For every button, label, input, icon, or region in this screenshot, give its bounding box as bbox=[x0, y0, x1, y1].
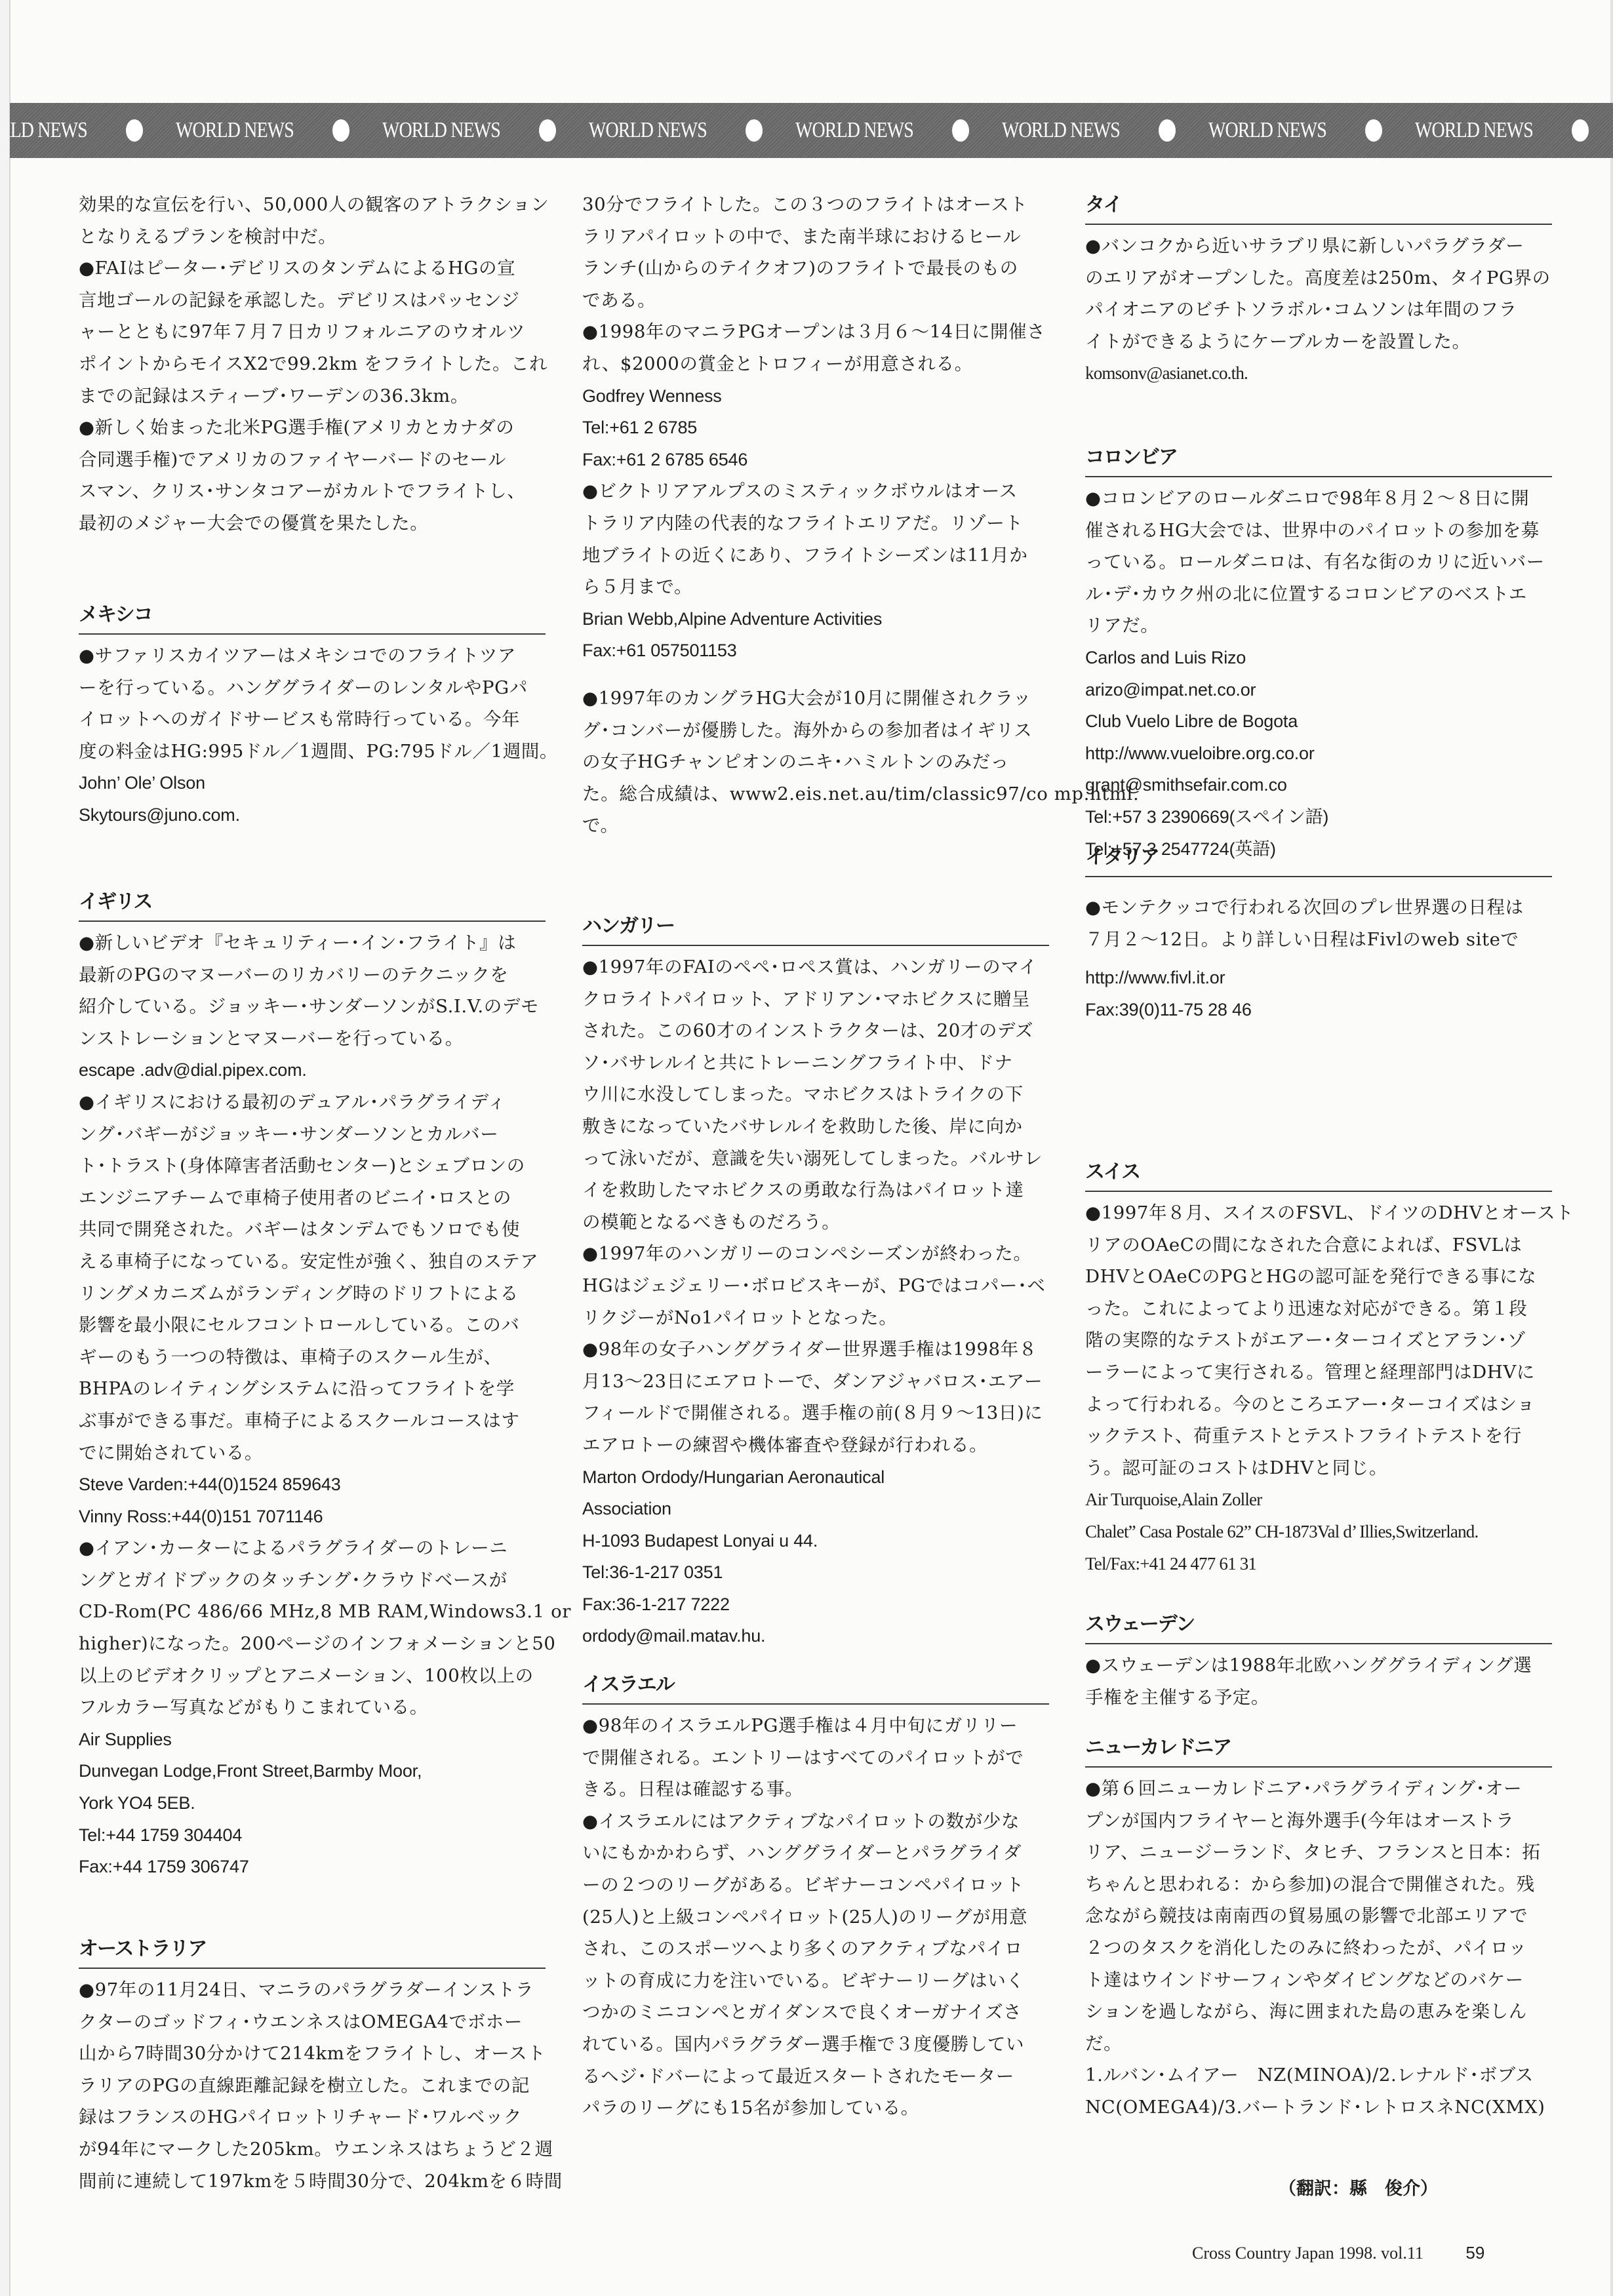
text-line: 効果的な宣伝を行い、50,000人の観客のアトラクション bbox=[79, 189, 546, 221]
text-line: グ･コンバーが優勝した。海外からの参加者はイギリス bbox=[582, 715, 1049, 747]
contact-line: Godfrey Wenness bbox=[582, 380, 1049, 412]
text-line: れ、$2000の賞金とトロフィーが用意される。 bbox=[582, 348, 1049, 380]
text-line: 影響を最小限にセルフコントロールしている。このバ bbox=[79, 1309, 546, 1341]
text-line: higher)になった。200ページのインフォメーションと50 bbox=[79, 1628, 546, 1660]
text-line: リアのOAeCの間になされた合意によれば、FSVLは bbox=[1085, 1229, 1552, 1261]
text-line: フルカラー写真などがもりこまれている。 bbox=[79, 1692, 546, 1724]
text-line: ラリアのPGの直線距離記録を樹立した。これまでの記 bbox=[79, 2070, 546, 2102]
contact-block: Carlos and Luis Rizoarizo@impat.net.co.o… bbox=[1085, 642, 1552, 865]
text-line: 最新のPGのマヌーバーのリカバリーのテクニックを bbox=[79, 959, 546, 991]
contact-line: Air Turquoise,Alain Zoller bbox=[1085, 1484, 1552, 1516]
contact-line: Brian Webb,Alpine Adventure Activities bbox=[582, 603, 1049, 635]
contact-block: Godfrey WennessTel:+61 2 6785Fax:+61 2 6… bbox=[582, 380, 1049, 476]
text-line: (25人)と上級コンペパイロット(25人)のリーグが用意 bbox=[582, 1901, 1049, 1933]
text-line: リアだ。 bbox=[1085, 610, 1552, 642]
contact-line: York YO4 5EB. bbox=[79, 1787, 546, 1819]
section-body: ●97年の11月24日、マニラのパラグラダーインストラクターのゴッドフィ･ウエン… bbox=[79, 1974, 546, 2197]
contact-line: Carlos and Luis Rizo bbox=[1085, 642, 1552, 674]
text-line: HGはジェジェリー･ボロビスキーが、PGではコパー･ベ bbox=[582, 1270, 1049, 1302]
text-line: 念ながら競技は南南西の貿易風の影響で北部エリアで bbox=[1085, 1900, 1552, 1932]
text-line: され、このスポーツへより多くのアクティブなパイロ bbox=[582, 1933, 1049, 1965]
bullet-dot-icon bbox=[1365, 119, 1382, 142]
section-title: オーストラリア bbox=[79, 1936, 546, 1969]
text-line: ●イギリスにおける最初のデュアル･パラグライディ bbox=[79, 1086, 546, 1118]
banner-item: WORLD NEWS bbox=[10, 118, 176, 143]
section-italy: イタリア ●モンテクッコで行われる次回のプレ世界選の日程は７月２～12日。より詳… bbox=[1085, 844, 1552, 1025]
section-body: ●第６回ニューカレドニア･パラグライディング･オープンが国内フライヤーと海外選手… bbox=[1085, 1773, 1552, 2124]
section-body: ●1997年のFAIのペペ･ロペス賞は、ハンガリーのマイクロライトパイロット、ア… bbox=[582, 951, 1049, 1461]
text-line: のエリアがオープンした。高度差は250m、タイPG界の bbox=[1085, 262, 1552, 294]
contact-line: Tel/Fax:+41 24 477 61 31 bbox=[1085, 1548, 1552, 1580]
text-line: リングメカニズムがランディング時のドリフトによる bbox=[79, 1278, 546, 1310]
text-line: イトができるようにケーブルカーを設置した。 bbox=[1085, 326, 1552, 358]
banner-label: WORLD NEWS bbox=[1002, 118, 1112, 143]
text-line: ●FAIはピーター･デビリスのタンデムによるHGの宣 bbox=[79, 252, 546, 285]
text-line: ちゃんと思われる：から参加)の混合で開催された。残 bbox=[1085, 1869, 1552, 1901]
text-line: 手権を主催する予定。 bbox=[1085, 1682, 1552, 1714]
world-news-banner: WORLD NEWSWORLD NEWSWORLD NEWSWORLD NEWS… bbox=[10, 103, 1613, 158]
contact-block: Air SuppliesDunvegan Lodge,Front Street,… bbox=[79, 1724, 546, 1883]
bullet-dot-icon bbox=[1572, 119, 1589, 142]
text-line: ト達はウインドサーフィンやダイビングなどのバケー bbox=[1085, 1964, 1552, 1996]
text-line: ２つのタスクを消化したのみに終わったが、パイロッ bbox=[1085, 1932, 1552, 1964]
contact-line: Association bbox=[582, 1493, 1049, 1525]
text-line: が94年にマークした205km。ウエンネスはちょうど２週 bbox=[79, 2133, 546, 2166]
text-line: ル･デ･カウク州の北に位置するコロンビアのベストエ bbox=[1085, 578, 1552, 610]
text-line: ●1997年８月、スイスのFSVL、ドイツのDHVとオースト bbox=[1085, 1197, 1552, 1229]
contact-line: Tel:+61 2 6785 bbox=[582, 412, 1049, 444]
text-line: ●1997年のFAIのペペ･ロペス賞は、ハンガリーのマイ bbox=[582, 951, 1049, 983]
contact-line: Skytours@juno.com. bbox=[79, 799, 546, 831]
section-body: ●バンコクから近いサラブリ県に新しいパラグラダーのエリアがオープンした。高度差は… bbox=[1085, 230, 1552, 357]
text-line: 地ブライトの近くにあり、フライトシーズンは11月か bbox=[582, 540, 1049, 572]
text-line: ●ビクトリアアルプスのミスティックボウルはオース bbox=[582, 475, 1049, 507]
contact-block: Marton Ordody/Hungarian AeronauticalAsso… bbox=[582, 1461, 1049, 1653]
text-line: ●新しく始まった北米PG選手権(アメリカとカナダの bbox=[79, 412, 546, 444]
section-uk: イギリス ●新しいビデオ『セキュリティー･イン･フライト』は最新のPGのマヌーバ… bbox=[79, 889, 546, 1883]
section-body: ●サファリスカイツアーはメキシコでのフライトツアーを行っている。ハンググライダー… bbox=[79, 640, 546, 767]
section-body: ●98年のイスラエルPG選手権は４月中旬にガリリーで開催される。エントリーはすべ… bbox=[582, 1710, 1049, 2124]
text-line: で開催される。エントリーはすべてのパイロットがで bbox=[582, 1742, 1049, 1774]
banner-label: WORLD NEWS bbox=[589, 118, 699, 143]
section-body: ●モンテクッコで行われる次回のプレ世界選の日程は７月２～12日。より詳しい日程は… bbox=[1085, 892, 1552, 955]
section-title: イタリア bbox=[1085, 844, 1552, 877]
text-line: 最初のメジャー大会での優賞を果たした。 bbox=[79, 507, 546, 540]
text-line: プンが国内フライヤーと海外選手(今年はオーストラ bbox=[1085, 1805, 1552, 1837]
text-line: つかのミニコンペとガイダンスで良くオーガナイズさ bbox=[582, 1996, 1049, 2029]
text-line: 合同選手権)でアメリカのファイヤーバードのセール bbox=[79, 444, 546, 476]
text-line: った。これによってより迅速な対応ができる。第１段 bbox=[1085, 1293, 1552, 1325]
text-line: クロライトパイロット、アドリアン･マホビクスに贈呈 bbox=[582, 983, 1049, 1016]
text-line: された。この60才のインストラクターは、20才のデズ bbox=[582, 1015, 1049, 1047]
text-line: ●第６回ニューカレドニア･パラグライディング･オー bbox=[1085, 1773, 1552, 1805]
bullet-dot-icon bbox=[539, 119, 556, 142]
text-line: 30分でフライトした。この３つのフライトはオースト bbox=[582, 189, 1049, 221]
text-line: ウ川に水没してしまった。マホビクスはトライクの下 bbox=[582, 1079, 1049, 1111]
bullet-dot-icon bbox=[746, 119, 763, 142]
australia-continued: 30分でフライトした。この３つのフライトはオーストラリアパイロットの中で、また南… bbox=[582, 189, 1049, 380]
text-line: ングとガイドブックのタッチング･クラウドベースが bbox=[79, 1564, 546, 1596]
contact-line: Steve Varden:+44(0)1524 859643 bbox=[79, 1469, 546, 1501]
text-line: で。 bbox=[582, 810, 1049, 842]
text-line: 紹介している。ジョッキー･サンダーソンがS.I.V.のデモ bbox=[79, 991, 546, 1023]
text-line: だ。 bbox=[1085, 2028, 1552, 2060]
publication-name: Cross Country Japan 1998. vol.11 bbox=[1192, 2244, 1424, 2263]
contact-block: Steve Varden:+44(0)1524 859643Vinny Ross… bbox=[79, 1469, 546, 1532]
text-line: クターのゴッドフィ･ウエンネスはOMEGA4でボホー bbox=[79, 2006, 546, 2038]
banner-item: WORLD NEWS bbox=[1002, 118, 1208, 143]
text-line: ーを行っている。ハンググライダーのレンタルやPGパ bbox=[79, 672, 546, 704]
text-line: ●1997年のカングラHG大会が10月に開催されクラッ bbox=[582, 683, 1049, 715]
banner-label: WORLD NEWS bbox=[176, 118, 286, 143]
bullet-dot-icon bbox=[952, 119, 969, 142]
text-line: である。 bbox=[582, 285, 1049, 317]
contact-line: John’ Ole’ Olson bbox=[79, 767, 546, 799]
text-line: DHVとOAeCのPGとHGの認可証を発行できる事にな bbox=[1085, 1261, 1552, 1293]
banner-item: WORLD NEWS bbox=[1208, 118, 1415, 143]
section-title: イギリス bbox=[79, 889, 546, 922]
text-line: っている。ロールダニロは、有名な街のカリに近いバー bbox=[1085, 546, 1552, 578]
text-line: た。総合成績は、www2.eis.net.au/tim/classic97/co… bbox=[582, 778, 1049, 810]
text-line: ●1997年のハンガリーのコンペシーズンが終わった。 bbox=[582, 1238, 1049, 1270]
section-title: スイス bbox=[1085, 1159, 1552, 1192]
section-colombia: コロンビア ●コロンビアのロールダニロで98年８月２～８日に開催されるHG大会で… bbox=[1085, 445, 1552, 865]
text-line: 敷きになっていたバサレルイを救助した後、岸に向か bbox=[582, 1111, 1049, 1143]
text-line: BHPAのレイティングシステムに沿ってフライトを学 bbox=[79, 1373, 546, 1405]
text-line: パラのリーグにも15名が参加している。 bbox=[582, 2092, 1049, 2124]
contact-line: Air Supplies bbox=[79, 1724, 546, 1756]
contact-line: Club Vuelo Libre de Bogota bbox=[1085, 705, 1552, 738]
text-line: ●スウェーデンは1988年北欧ハンググライディング選 bbox=[1085, 1650, 1552, 1682]
contact-block: Air Turquoise,Alain ZollerChalet” Casa P… bbox=[1085, 1484, 1552, 1579]
text-line: ラリアパイロットの中で、また南半球におけるヒール bbox=[582, 221, 1049, 253]
contact-block: http://www.fivl.it.orFax:39(0)11-75 28 4… bbox=[1085, 962, 1552, 1025]
section-title: ニューカレドニア bbox=[1085, 1735, 1552, 1768]
contact-line: Fax:+44 1759 306747 bbox=[79, 1851, 546, 1883]
banner-item: WORLD NEWS bbox=[1415, 118, 1613, 143]
text-line: ７月２～12日。より詳しい日程はFivlのweb siteで bbox=[1085, 924, 1552, 956]
text-line: ●モンテクッコで行われる次回のプレ世界選の日程は bbox=[1085, 892, 1552, 924]
text-line: NC(OMEGA4)/3.バートランド･レトロスネNC(XMX) bbox=[1085, 2091, 1552, 2124]
text-line: フィールドで開催される。選手権の前(８月９～13日)に bbox=[582, 1397, 1049, 1429]
text-line: パイオニアのビチトソラボル･コムソンは年間のフラ bbox=[1085, 294, 1552, 326]
contact-line: Dunvegan Lodge,Front Street,Barmby Moor, bbox=[79, 1755, 546, 1787]
text-line: ●コロンビアのロールダニロで98年８月２～８日に開 bbox=[1085, 483, 1552, 515]
section-title: メキシコ bbox=[79, 602, 546, 635]
text-line: 度の料金はHG:995ドル／1週間、PG:795ドル／1週間。 bbox=[79, 736, 546, 768]
text-line: ング･バギーがジョッキー･サンダーソンとカルバー bbox=[79, 1118, 546, 1151]
bullet-dot-icon bbox=[1159, 119, 1176, 142]
section-title: イスラエル bbox=[582, 1672, 1049, 1705]
contact-line: Tel:36-1-217 0351 bbox=[582, 1556, 1049, 1589]
text-line: るヘジ･ドバーによって最近スタートされたモーター bbox=[582, 2061, 1049, 2093]
banner-item: WORLD NEWS bbox=[589, 118, 795, 143]
section-sweden: スウェーデン ●スウェーデンは1988年北欧ハンググライディング選手権を主催する… bbox=[1085, 1612, 1552, 1713]
section-switzerland: スイス ●1997年８月、スイスのFSVL、ドイツのDHVとオーストリアのOAe… bbox=[1085, 1159, 1552, 1579]
text-line: リア、ニュージーランド、タヒチ、フランスと日本：拓 bbox=[1085, 1836, 1552, 1869]
page-number: 59 bbox=[1465, 2243, 1484, 2263]
text-line: える車椅子になっている。安定性が強く、独自のステア bbox=[79, 1246, 546, 1278]
banner-item: WORLD NEWS bbox=[176, 118, 382, 143]
text-line: 以上のビデオクリップとアニメーション、100枚以上の bbox=[79, 1660, 546, 1692]
text-line: イロットへのガイドサービスも常時行っている。今年 bbox=[79, 703, 546, 736]
section-title: スウェーデン bbox=[1085, 1612, 1552, 1644]
contact-line: http://www.fivl.it.or bbox=[1085, 962, 1552, 994]
contact-line: H-1093 Budapest Lonyai u 44. bbox=[582, 1525, 1049, 1557]
contact-block: John’ Ole’ OlsonSkytours@juno.com. bbox=[79, 767, 546, 831]
contact-line: Tel:+57 3 2390669(スペイン語) bbox=[1085, 801, 1552, 833]
section-body: ●1997年のカングラHG大会が10月に開催されクラッグ･コンバーが優勝した。海… bbox=[582, 683, 1049, 842]
text-line: ●サファリスカイツアーはメキシコでのフライトツア bbox=[79, 640, 546, 672]
page-footer: Cross Country Japan 1998. vol.11 59 bbox=[1192, 2243, 1484, 2263]
contact-line: grant@smithsefair.com.co bbox=[1085, 769, 1552, 801]
banner-item: WORLD NEWS bbox=[795, 118, 1002, 143]
contact-line: Fax:+61 2 6785 6546 bbox=[582, 444, 1049, 476]
text-line: ●1998年のマニラPGオープンは３月６～14日に開催さ bbox=[582, 316, 1049, 348]
page-edge bbox=[1610, 0, 1613, 2296]
text-line: ーラーによって実行される。管理と経理部門はDHVに bbox=[1085, 1356, 1552, 1389]
text-line: の模範となるべきものだろう。 bbox=[582, 1206, 1049, 1238]
column-2: 30分でフライトした。この３つのフライトはオーストラリアパイロットの中で、また南… bbox=[582, 189, 1049, 842]
section-body: ●1997年８月、スイスのFSVL、ドイツのDHVとオーストリアのOAeCの間に… bbox=[1085, 1197, 1552, 1484]
text-line: イを救助したマホビクスの勇敢な行為はパイロット達 bbox=[582, 1174, 1049, 1206]
contact-line: Chalet” Casa Postale 62” CH-1873Val d’ I… bbox=[1085, 1516, 1552, 1548]
text-line: 山から7時間30分かけて214kmをフライトし、オースト bbox=[79, 2038, 546, 2070]
banner-label: WORLD NEWS bbox=[795, 118, 906, 143]
text-line: ト･トラスト(身体障害者活動センター)とシェブロンの bbox=[79, 1150, 546, 1182]
text-line: ●新しいビデオ『セキュリティー･イン･フライト』は bbox=[79, 927, 546, 959]
text-line: 月13～23日にエアロトーで、ダンアジャバロス･エアー bbox=[582, 1366, 1049, 1398]
text-line: となりえるプランを検討中だ。 bbox=[79, 221, 546, 253]
text-line: 1.ルバン･ムイアー NZ(MINOA)/2.レナルド･ボブス bbox=[1085, 2059, 1552, 2091]
section-title: タイ bbox=[1085, 192, 1552, 225]
text-line: よって行われる。今のところエアー･ターコイズはショ bbox=[1085, 1389, 1552, 1421]
section-body: ●イアン･カーターによるパラグライダーのトレーニングとガイドブックのタッチング･… bbox=[79, 1532, 546, 1724]
text-line: 録はフランスのHGパイロットリチャード･ワルベック bbox=[79, 2101, 546, 2133]
text-line: きる。日程は確認する事。 bbox=[582, 1773, 1049, 1806]
bullet-dot-icon bbox=[126, 119, 143, 142]
text-line: トラリア内陸の代表的なフライトエリアだ。リゾート bbox=[582, 507, 1049, 540]
banner-label: WORLD NEWS bbox=[382, 118, 492, 143]
section-israel: イスラエル ●98年のイスラエルPG選手権は４月中旬にガリリーで開催される。エン… bbox=[582, 1672, 1049, 2124]
section-body: ●イギリスにおける最初のデュアル･パラグライディング･バギーがジョッキー･サンダ… bbox=[79, 1086, 546, 1469]
contact-line: Fax:+61 057501153 bbox=[582, 635, 1049, 667]
section-body: ●コロンビアのロールダニロで98年８月２～８日に開催されるHG大会では、世界中の… bbox=[1085, 483, 1552, 642]
intro-article: 効果的な宣伝を行い、50,000人の観客のアトラクションとなりえるプランを検討中… bbox=[79, 189, 546, 540]
text-line: って泳いだが、意識を失い溺死してしまった。バルサレ bbox=[582, 1143, 1049, 1175]
text-line: ら５月まで。 bbox=[582, 571, 1049, 603]
email-contact: komsonv@asianet.co.th. bbox=[1085, 357, 1552, 389]
section-mexico: メキシコ ●サファリスカイツアーはメキシコでのフライトツアーを行っている。ハング… bbox=[79, 602, 546, 831]
text-line: の女子HGチャンピオンのニキ･ハミルトンのみだっ bbox=[582, 746, 1049, 778]
contact-line: Fax:36-1-217 7222 bbox=[582, 1589, 1049, 1621]
section-body: ●新しいビデオ『セキュリティー･イン･フライト』は最新のPGのマヌーバーのリカバ… bbox=[79, 927, 546, 1054]
banner-track: WORLD NEWSWORLD NEWSWORLD NEWSWORLD NEWS… bbox=[10, 118, 1613, 143]
contact-line: ordody@mail.matav.hu. bbox=[582, 1620, 1049, 1652]
text-line: ソ･バサレルイと共にトレーニングフライト中、ドナ bbox=[582, 1047, 1049, 1079]
banner-label: WORLD NEWS bbox=[1208, 118, 1319, 143]
text-line: リクジーがNo1パイロットとなった。 bbox=[582, 1302, 1049, 1334]
contact-line: Marton Ordody/Hungarian Aeronautical bbox=[582, 1461, 1049, 1494]
text-line: ぶ事ができる事だ。車椅子によるスクールコースはす bbox=[79, 1405, 546, 1437]
text-line: CD-Rom(PC 486/66 MHz,8 MB RAM,Windows3.1… bbox=[79, 1596, 546, 1628]
page-gutter bbox=[0, 0, 10, 2296]
email-contact: escape .adv@dial.pipex.com. bbox=[79, 1054, 546, 1086]
text-line: ●97年の11月24日、マニラのパラグラダーインストラ bbox=[79, 1974, 546, 2006]
text-line: 間前に連続して197kmを５時間30分で、204kmを６時間 bbox=[79, 2166, 546, 2198]
text-line: でに開始されている。 bbox=[79, 1437, 546, 1469]
section-title: コロンビア bbox=[1085, 445, 1552, 477]
text-line: ランチ(山からのテイクオフ)のフライトで最長のもの bbox=[582, 252, 1049, 285]
translator-credit: （翻訳：縣 俊介） bbox=[1279, 2174, 1438, 2200]
contact-block: Brian Webb,Alpine Adventure ActivitiesFa… bbox=[582, 603, 1049, 667]
section-thailand: タイ ●バンコクから近いサラブリ県に新しいパラグラダーのエリアがオープンした。高… bbox=[1085, 192, 1552, 389]
text-line: 催されるHG大会では、世界中のパイロットの参加を募 bbox=[1085, 515, 1552, 547]
text-line: 言地ゴールの記録を承認した。デビリスはパッセンジ bbox=[79, 285, 546, 317]
text-line: ポイントからモイスX2で99.2km をフライトした。これ bbox=[79, 348, 546, 380]
contact-line: http://www.vueloibre.org.co.or bbox=[1085, 738, 1552, 770]
bullet-dot-icon bbox=[332, 119, 349, 142]
text-line: エンジニアチームで車椅子使用者のビニイ･ロスとの bbox=[79, 1182, 546, 1214]
contact-line: Fax:39(0)11-75 28 46 bbox=[1085, 994, 1552, 1026]
section-australia: オーストラリア ●97年の11月24日、マニラのパラグラダーインストラクターのゴ… bbox=[79, 1936, 546, 2197]
text-line: う。認可証のコストはDHVと同じ。 bbox=[1085, 1452, 1552, 1484]
text-line: ●98年の女子ハンググライダー世界選手権は1998年８ bbox=[582, 1334, 1049, 1366]
text-line: ットの育成に力を注いでいる。ビギナーリーグはいく bbox=[582, 1965, 1049, 1997]
text-line: ンストレーションとマヌーバーを行っている。 bbox=[79, 1023, 546, 1055]
text-line: ックテスト、荷重テストとテストフライトテストを行 bbox=[1085, 1420, 1552, 1452]
text-line: ●イアン･カーターによるパラグライダーのトレーニ bbox=[79, 1532, 546, 1564]
text-line: ●イスラエルにはアクティブなパイロットの数が少な bbox=[582, 1806, 1049, 1838]
section-body: ●ビクトリアアルプスのミスティックボウルはオーストラリア内陸の代表的なフライトエ… bbox=[582, 475, 1049, 603]
section-body: ●スウェーデンは1988年北欧ハンググライディング選手権を主催する予定。 bbox=[1085, 1650, 1552, 1713]
text-line: ーの２つのリーグがある。ビギナーコンペパイロット bbox=[582, 1869, 1049, 1901]
text-line: ギーのもう一つの特徴は、車椅子のスクール生が、 bbox=[79, 1341, 546, 1374]
text-line: ●バンコクから近いサラブリ県に新しいパラグラダー bbox=[1085, 230, 1552, 262]
text-line: エアロトーの練習や機体審査や登録が行われる。 bbox=[582, 1429, 1049, 1461]
banner-label: WORLD NEWS bbox=[1415, 118, 1525, 143]
text-line: スマン、クリス･サンタコアーがカルトでフライトし、 bbox=[79, 475, 546, 507]
text-line: ●98年のイスラエルPG選手権は４月中旬にガリリー bbox=[582, 1710, 1049, 1742]
section-new-caledonia: ニューカレドニア ●第６回ニューカレドニア･パラグライディング･オープンが国内フ… bbox=[1085, 1735, 1552, 2124]
contact-line: Tel:+44 1759 304404 bbox=[79, 1819, 546, 1851]
text-line: ションを過しながら、海に囲まれた島の恵みを楽しん bbox=[1085, 1996, 1552, 2028]
banner-label: WORLD NEWS bbox=[10, 118, 79, 143]
text-line: ャーとともに97年７月７日カリフォルニアのウオルツ bbox=[79, 316, 546, 348]
section-title: ハンガリー bbox=[582, 913, 1049, 946]
text-line: れている。国内パラグラダー選手権で３度優勝してい bbox=[582, 2029, 1049, 2061]
section-hungary: ハンガリー ●1997年のFAIのペペ･ロペス賞は、ハンガリーのマイクロライトパ… bbox=[582, 913, 1049, 1652]
text-line: までの記録はスティーブ･ワーデンの36.3km。 bbox=[79, 380, 546, 412]
contact-line: arizo@impat.net.co.or bbox=[1085, 674, 1552, 706]
contact-line: Vinny Ross:+44(0)151 7071146 bbox=[79, 1501, 546, 1533]
text-line: いにもかかわらず、ハンググライダーとパラグライダ bbox=[582, 1837, 1049, 1869]
banner-item: WORLD NEWS bbox=[382, 118, 589, 143]
column-1: 効果的な宣伝を行い、50,000人の観客のアトラクションとなりえるプランを検討中… bbox=[79, 189, 546, 540]
text-line: 階の実際的なテストがエアー･ターコイズとアラン･ゾ bbox=[1085, 1324, 1552, 1356]
text-line: 共同で開発された。バギーはタンデムでもソロでも使 bbox=[79, 1214, 546, 1246]
